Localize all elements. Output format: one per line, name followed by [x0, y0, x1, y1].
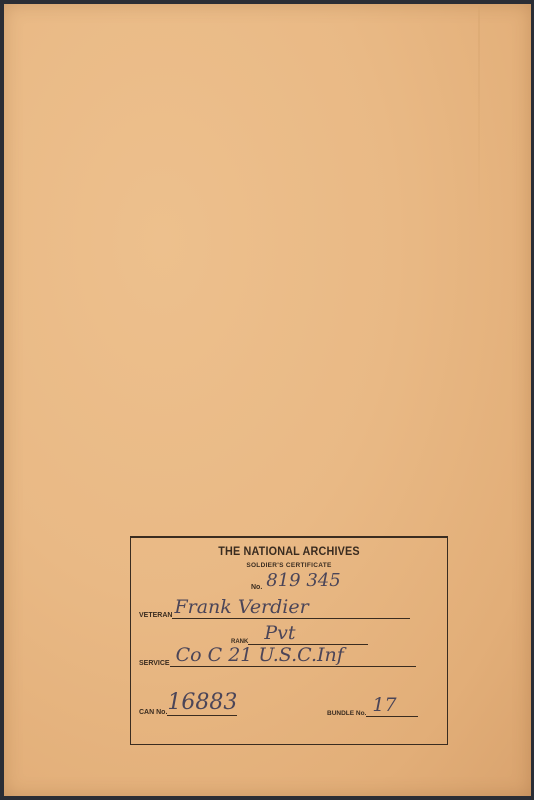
label-subtitle: SOLDIER'S CERTIFICATE: [131, 562, 447, 569]
bundle-label: BUNDLE No.: [327, 710, 366, 717]
archives-label: THE NATIONAL ARCHIVES SOLDIER'S CERTIFIC…: [130, 536, 448, 745]
certificate-number: 819 345: [266, 570, 340, 591]
veteran-name: Frank Verdier: [172, 596, 410, 619]
can-row: CAN No. 16883: [139, 690, 237, 716]
bundle-row: BUNDLE No. 17: [327, 694, 418, 717]
certificate-label: No.: [251, 584, 262, 591]
bundle-value: 17: [366, 694, 418, 717]
can-label: CAN No.: [139, 709, 167, 716]
certificate-row: No. 819 345: [251, 570, 341, 591]
service-value: Co C 21 U.S.C.Inf: [170, 644, 416, 667]
rank-value: Pvt: [248, 622, 368, 645]
envelope-fold: [478, 4, 480, 224]
rank-row: RANK Pvt: [231, 622, 368, 645]
service-row: SERVICE Co C 21 U.S.C.Inf: [139, 644, 416, 667]
service-label: SERVICE: [139, 660, 170, 667]
veteran-label: VETERAN: [139, 612, 172, 619]
can-value: 16883: [167, 690, 237, 716]
label-title: THE NATIONAL ARCHIVES: [147, 544, 431, 558]
veteran-row: VETERAN Frank Verdier: [139, 596, 410, 619]
